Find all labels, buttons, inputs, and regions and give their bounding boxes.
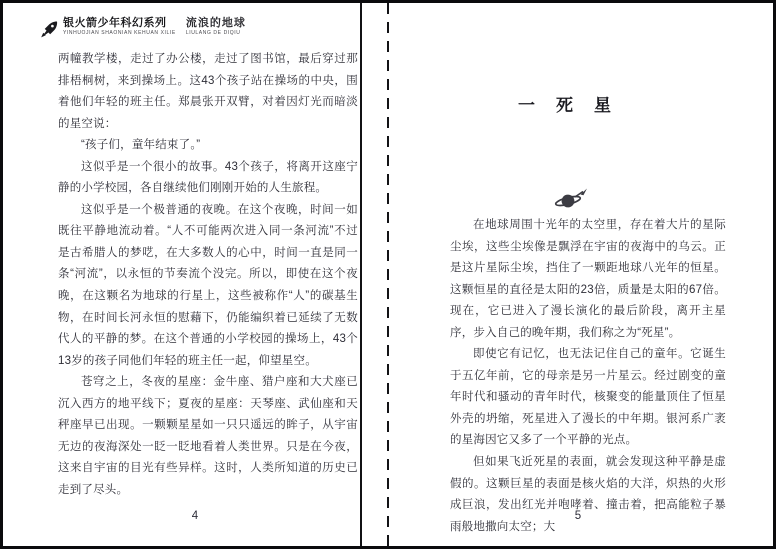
paragraph: 这似乎是一个极普通的夜晚。在这个夜晚，时间一如既往平静地流动着。“人不可能两次进… [58, 200, 358, 372]
paragraph: “孩子们，童年结束了。” [58, 135, 358, 157]
planet-ornament-icon [388, 187, 753, 216]
book-title-block: 流浪的地球 LIULANG DE DIQIU [186, 18, 246, 36]
left-page-number: 4 [45, 510, 345, 522]
left-page: 银火箭少年科幻系列 YINHUOJIAN SHAONIAN KEHUAN XIL… [3, 3, 360, 546]
page-edge-line [360, 3, 362, 546]
book-title-caption: LIULANG DE DIQIU [186, 31, 246, 36]
book-spread: 银火箭少年科幻系列 YINHUOJIAN SHAONIAN KEHUAN XIL… [0, 0, 776, 549]
series-logo: 银火箭少年科幻系列 YINHUOJIAN SHAONIAN KEHUAN XIL… [39, 18, 253, 39]
left-page-body-text: 两幢教学楼，走过了办公楼，走过了图书馆，最后穿过那排梧桐树，来到操场上。这43个… [58, 49, 358, 501]
series-name-block: 银火箭少年科幻系列 YINHUOJIAN SHAONIAN KEHUAN XIL… [63, 18, 176, 36]
right-page-body-text: 在地球周围十光年的太空里，存在着大片的星际尘埃，这些尘埃像是飘浮在宇宙的夜海中的… [450, 215, 726, 538]
paragraph: 苍穹之上，冬夜的星座：金牛座、猎户座和大犬座已沉入西方的地平线下；夏夜的星座：天… [58, 372, 358, 501]
book-title: 流浪的地球 [186, 18, 246, 29]
series-name: 银火箭少年科幻系列 [63, 18, 176, 29]
rocket-icon [39, 18, 60, 39]
chapter-title: 一 死 星 [388, 91, 743, 116]
right-page: 一 死 星 在地球周围十光年的太空里，存在着大片的星际尘埃，这些尘埃像是飘浮在宇… [388, 3, 773, 546]
paragraph: 这似乎是一个很小的故事。43个孩子，将离开这座宁静的小学校园，各自继续他们刚刚开… [58, 157, 358, 200]
paragraph: 即使它有记忆，也无法记住自己的童年。它诞生于五亿年前，它的母亲是另一片星云。经过… [450, 344, 726, 452]
paragraph: 在地球周围十光年的太空里，存在着大片的星际尘埃，这些尘埃像是飘浮在宇宙的夜海中的… [450, 215, 726, 344]
right-page-number: 5 [440, 510, 716, 522]
paragraph: 但如果飞近死星的表面，就会发现这种平静是虚假的。这颗巨星的表面是核火焰的大洋，炽… [450, 452, 726, 538]
paragraph: 两幢教学楼，走过了办公楼，走过了图书馆，最后穿过那排梧桐树，来到操场上。这43个… [58, 49, 358, 135]
series-caption: YINHUOJIAN SHAONIAN KEHUAN XILIE [63, 31, 176, 36]
